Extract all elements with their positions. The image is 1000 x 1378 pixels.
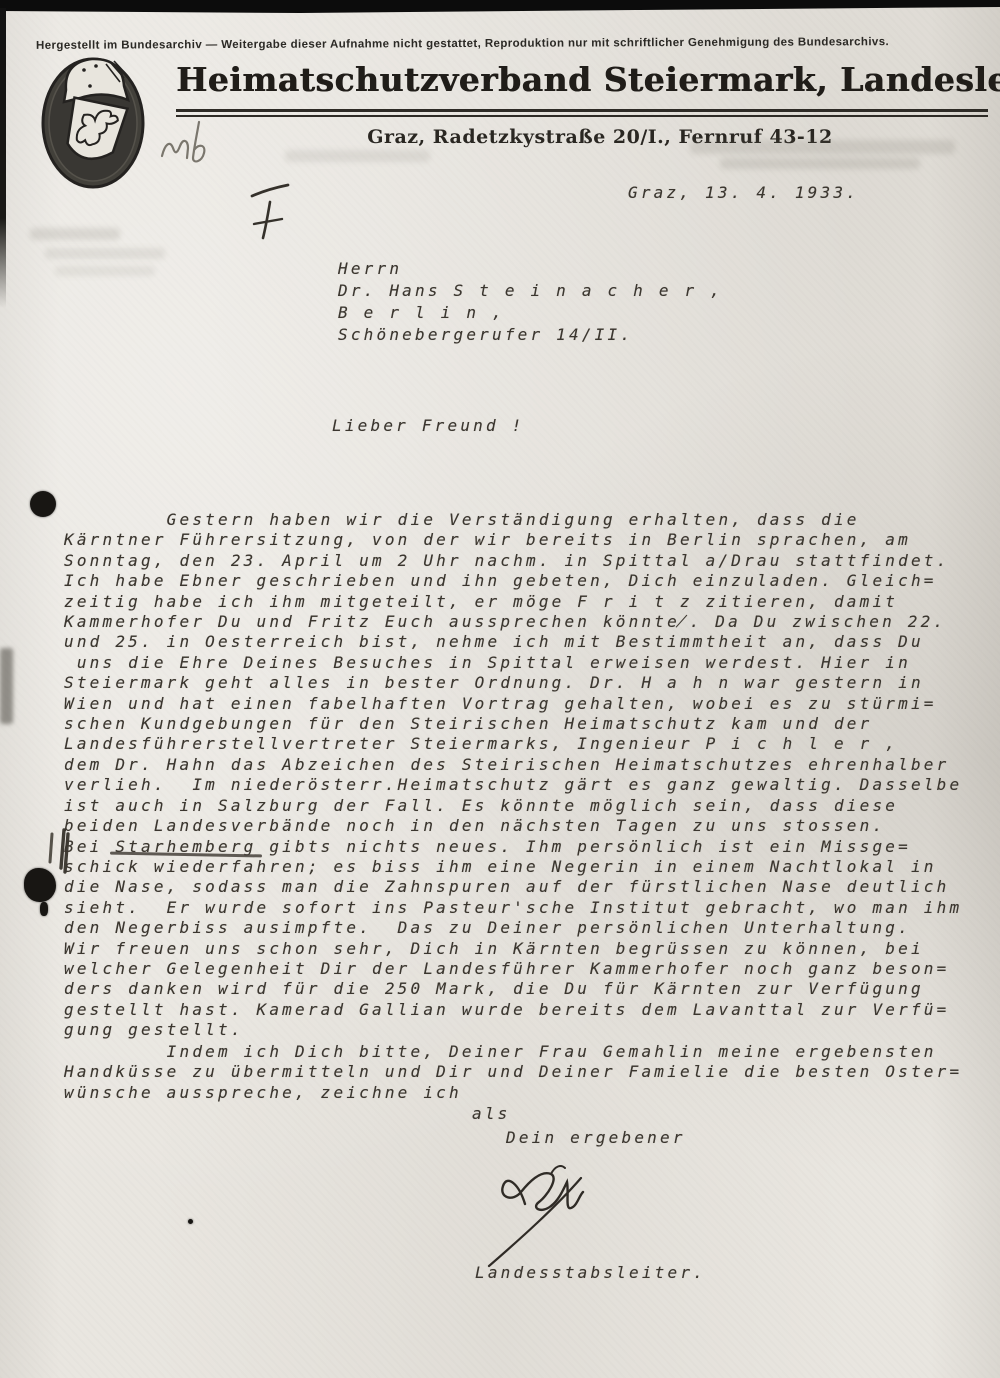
signature-scrawl: [455, 1162, 625, 1272]
closing-paragraph: Indem ich Dich bitte, Deiner Frau Gemahl…: [64, 1042, 962, 1103]
punch-hole-mark: [30, 491, 56, 517]
archive-notice: Hergestellt im Bundesarchiv — Weitergabe…: [36, 36, 889, 52]
scanned-letter-page: Hergestellt im Bundesarchiv — Weitergabe…: [0, 0, 1000, 1378]
signature-role: Landesstabsleiter.: [475, 1263, 706, 1283]
edge-smudge: [0, 648, 13, 724]
letterhead-emblem-icon: [40, 56, 146, 190]
bleed-through-mark: [720, 158, 920, 169]
closing-valediction: Dein ergebener: [506, 1128, 686, 1148]
scan-top-edge-bar: [0, 0, 1000, 14]
letterhead-rule: [176, 109, 988, 117]
pencil-note-scrawl: [156, 116, 216, 176]
scan-left-edge-strip: [0, 8, 6, 308]
handwritten-cross-mark: [246, 176, 302, 246]
recipient-address: Herrn Dr. Hans S t e i n a c h e r , B e…: [338, 258, 723, 346]
bleed-through-mark: [285, 150, 430, 162]
salutation: Lieber Freund !: [332, 416, 525, 436]
stray-ink-dot: [188, 1219, 193, 1224]
letterhead-title: Heimatschutzverband Steiermark, Landesle…: [176, 60, 1000, 99]
date-line: Graz, 13. 4. 1933.: [628, 183, 859, 203]
bleed-through-mark: [690, 140, 955, 154]
bleed-through-mark: [30, 228, 120, 240]
ink-blob-drip: [40, 902, 48, 916]
bleed-through-mark: [45, 248, 165, 259]
bleed-through-mark: [55, 266, 155, 276]
ink-blob: [24, 868, 56, 902]
closing-als: als: [472, 1104, 511, 1124]
body-paragraph: Gestern haben wir die Verständigung erha…: [64, 510, 962, 1041]
